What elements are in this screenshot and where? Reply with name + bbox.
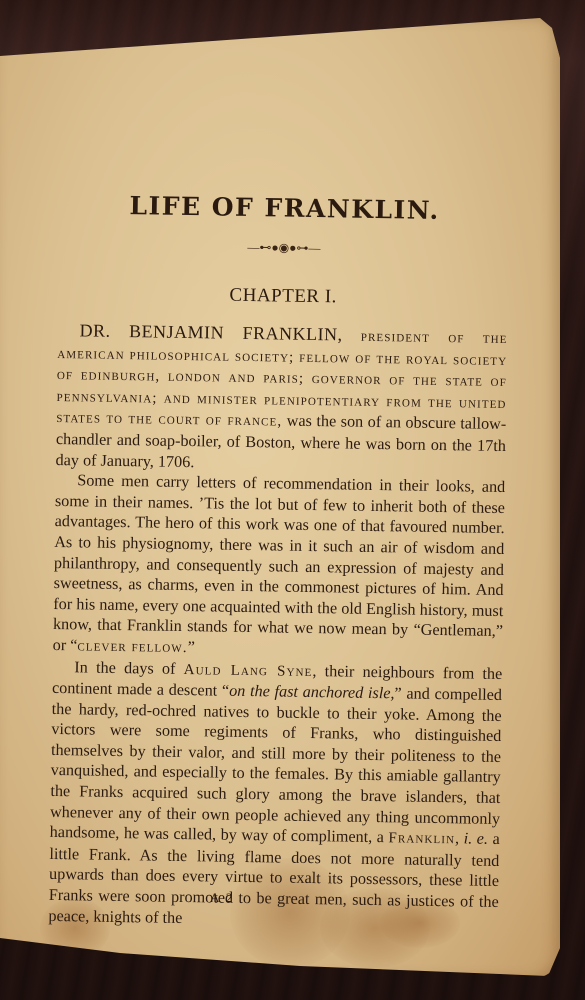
paragraph-text: In the days of — [74, 658, 184, 678]
page-text: LIFE OF FRANKLIN. —⊷●◉●⊶— CHAPTER I. DR.… — [48, 180, 510, 933]
paragraph-text: , — [455, 830, 464, 848]
smallcaps-phrase: clever fellow. — [77, 638, 188, 656]
paragraph-3: In the days of Auld Lang Syne, their nei… — [48, 656, 502, 933]
paragraph-2: Some men carry letters of recommendation… — [53, 470, 506, 663]
chapter-heading: CHAPTER I. — [58, 282, 508, 311]
ornament-divider-icon: —⊷●◉●⊶— — [59, 237, 509, 259]
subject-name: DR. BENJAMIN FRANKLIN, — [79, 320, 342, 344]
paragraph-text: ” and compelled the hardy, red-ochred na… — [50, 684, 502, 846]
italic-quote: on the fast anchored isle, — [229, 682, 395, 703]
italic-abbreviation: i. e. — [464, 830, 489, 848]
smallcaps-phrase: Auld Lang Syne — [184, 662, 313, 680]
photo-scene: LIFE OF FRANKLIN. —⊷●◉●⊶— CHAPTER I. DR.… — [0, 0, 585, 1000]
signature-mark: A 2 — [210, 890, 234, 906]
paragraph-text: ” — [188, 638, 195, 656]
running-title: LIFE OF FRANKLIN. — [59, 190, 509, 226]
smallcaps-phrase: Franklin — [388, 830, 455, 847]
paragraph-text: Some men carry letters of recommendation… — [53, 471, 506, 654]
paragraph-1: DR. BENJAMIN FRANKLIN, president of the … — [55, 320, 507, 477]
